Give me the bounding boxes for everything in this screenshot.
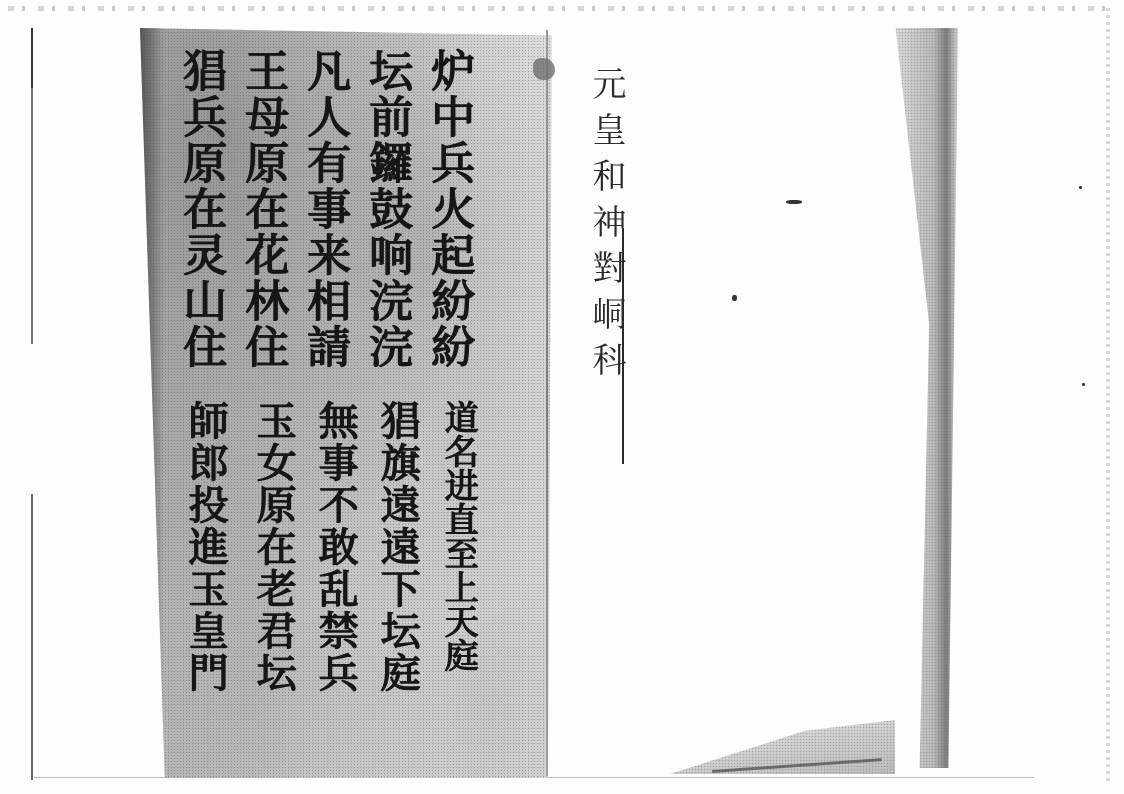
text-column: 炉中兵火起紛紛 (422, 48, 474, 370)
speck (732, 295, 737, 301)
speck (786, 200, 802, 204)
right-page-edge (862, 28, 958, 768)
text-column: 猖兵原在灵山住 (174, 48, 226, 370)
text-column: 玉女原在老君坛 (248, 400, 298, 694)
text-column: 道名进直至上天庭 (436, 400, 480, 672)
speck (1082, 383, 1085, 386)
scan-left-line (31, 28, 33, 780)
text-column: 師郎投進玉皇門 (180, 400, 230, 694)
upper-text-block: 炉中兵火起紛紛 坛前鑼鼓响浣浣 凡人有事来相請 王母原在花林住 猖兵原在灵山住 (160, 48, 490, 378)
corner-tear (533, 58, 555, 80)
text-column: 猖旗遠遠下坛庭 (372, 400, 422, 694)
text-column: 王母原在花林住 (236, 48, 288, 370)
text-column: 坛前鑼鼓响浣浣 (360, 48, 412, 370)
scan-top-border (8, 6, 1108, 11)
text-column: 無事不敢乱禁兵 (310, 400, 360, 694)
text-column: 凡人有事来相請 (298, 48, 350, 370)
lower-text-block: 道名进直至上天庭 猖旗遠遠下坛庭 無事不敢乱禁兵 玉女原在老君坛 師郎投進玉皇門 (160, 400, 490, 710)
speck (1079, 186, 1082, 189)
page-fold-line (546, 30, 548, 776)
title-underline-stroke (622, 228, 624, 464)
scan-right-border (1106, 8, 1110, 783)
